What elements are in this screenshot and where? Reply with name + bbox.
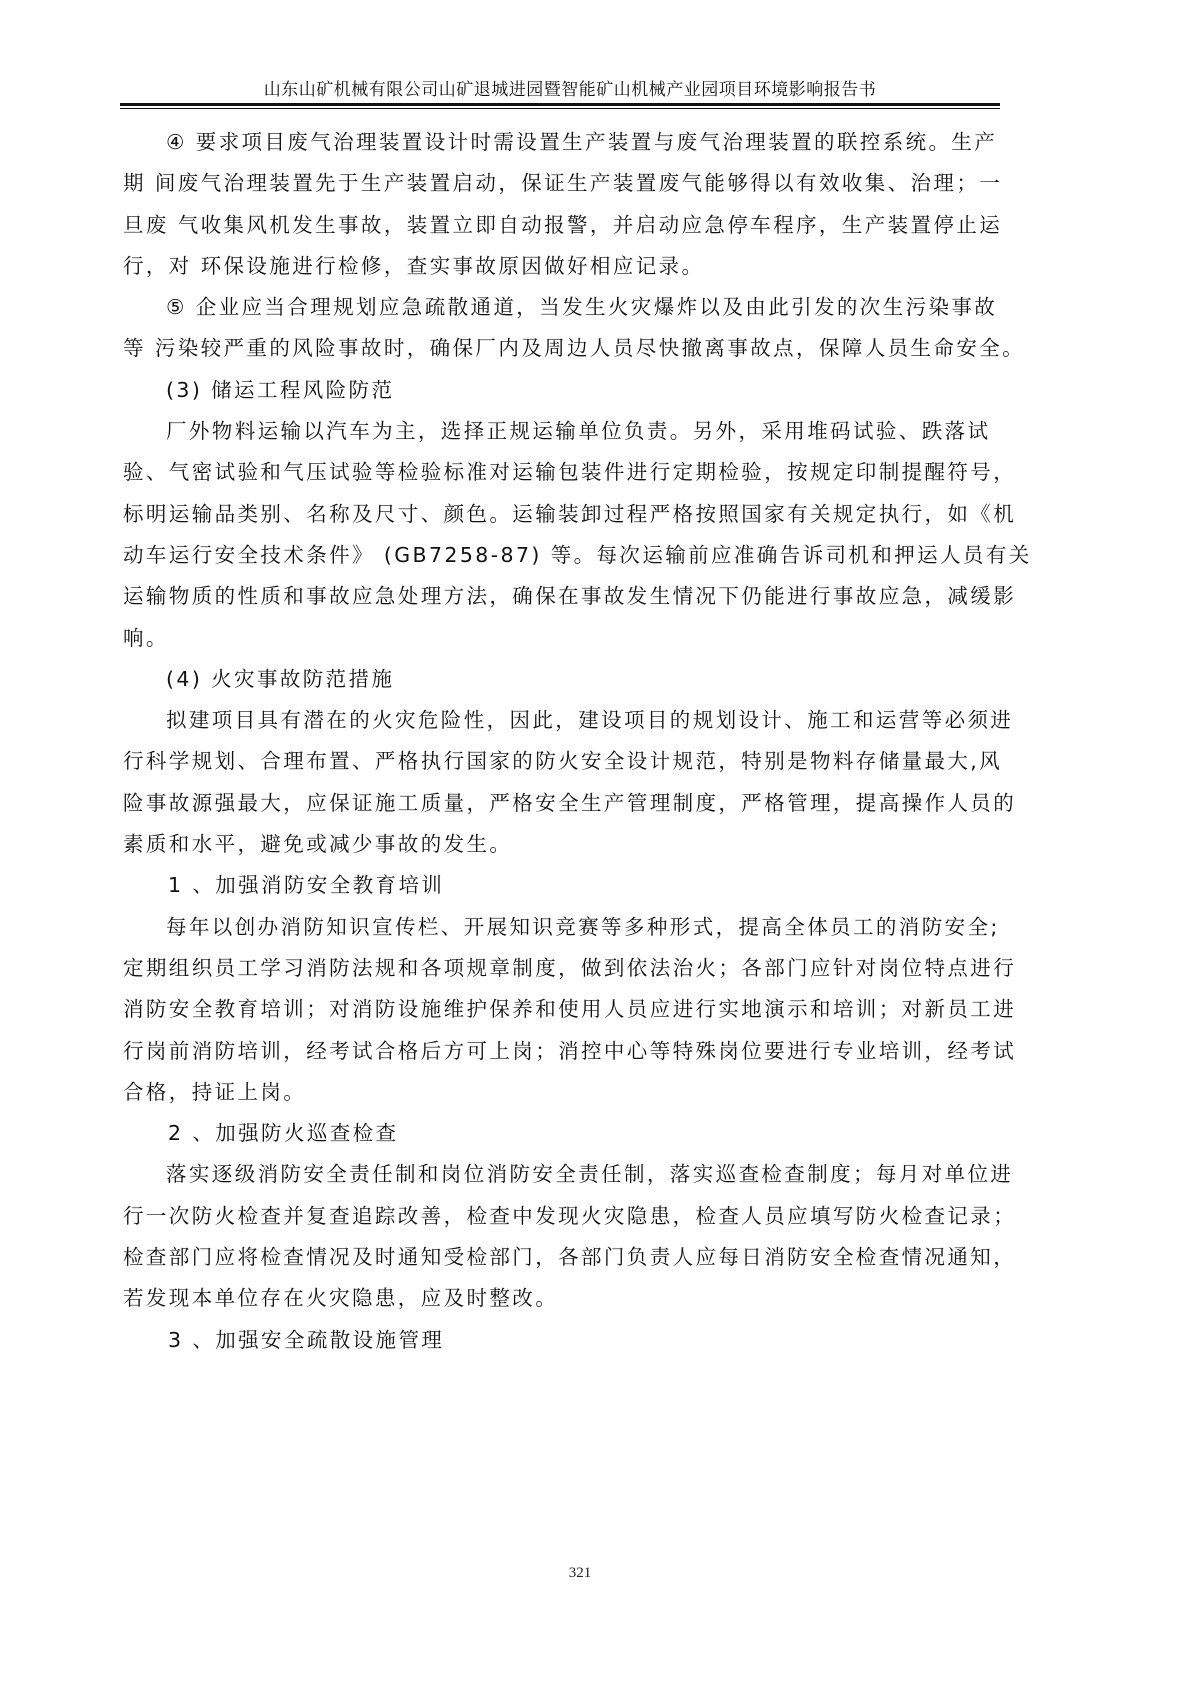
paragraph-line: 消防安全教育培训；对消防设施维护保养和使用人员应进行实地演示和培训；对新员工进 bbox=[123, 989, 993, 1030]
paragraph-line: 落实逐级消防安全责任制和岗位消防安全责任制，落实巡查检查制度；每月对单位进 bbox=[123, 1154, 993, 1195]
paragraph-line: 拟建项目具有潜在的火灾危险性，因此，建设项目的规划设计、施工和运营等必须进 bbox=[123, 700, 993, 741]
paragraph-line: 若发现本单位存在火灾隐患，应及时整改。 bbox=[123, 1278, 993, 1319]
paragraph-line: 定期组织员工学习消防法规和各项规章制度，做到依法治火；各部门应针对岗位特点进行 bbox=[123, 948, 993, 989]
paragraph-line: 等 污染较严重的风险事故时，确保厂内及周边人员尽快撤离事故点，保障人员生命安全。 bbox=[123, 328, 993, 369]
subsection-heading: 2 、加强防火巡查检查 bbox=[123, 1113, 993, 1154]
paragraph-line: 险事故源强最大，应保证施工质量，严格安全生产管理制度，严格管理，提高操作人员的 bbox=[123, 783, 993, 824]
paragraph-line: 响。 bbox=[123, 618, 993, 659]
paragraph-line: 行一次防火检查并复查追踪改善，检查中发现火灾隐患，检查人员应填写防火检查记录； bbox=[123, 1196, 993, 1237]
page-footer: 321 bbox=[0, 1562, 1190, 1582]
subsection-heading: 3 、加强安全疏散设施管理 bbox=[123, 1320, 993, 1361]
paragraph-line: ⑤ 企业应当合理规划应急疏散通道，当发生火灾爆炸以及由此引发的次生污染事故 bbox=[123, 287, 993, 328]
paragraph-line: 素质和水平，避免或减少事故的发生。 bbox=[123, 824, 993, 865]
paragraph-line: 期 间废气治理装置先于生产装置启动，保证生产装置废气能够得以有效收集、治理；一 bbox=[123, 163, 993, 204]
paragraph-line: 检查部门应将检查情况及时通知受检部门，各部门负责人应每日消防安全检查情况通知， bbox=[123, 1237, 993, 1278]
report-title: 山东山矿机械有限公司山矿退城进园暨智能矿山机械产业园项目环境影响报告书 bbox=[120, 80, 1000, 100]
paragraph-line: 每年以创办消防知识宣传栏、开展知识竞赛等多种形式，提高全体员工的消防安全; bbox=[123, 907, 993, 948]
subsection-heading: 1 、加强消防安全教育培训 bbox=[123, 865, 993, 906]
section-heading: (4) 火灾事故防范措施 bbox=[123, 659, 993, 700]
page-header: 山东山矿机械有限公司山矿退城进园暨智能矿山机械产业园项目环境影响报告书 bbox=[120, 80, 1000, 109]
paragraph-line: 旦废 气收集风机发生事故，装置立即自动报警，并启动应急停车程序，生产装置停止运 bbox=[123, 205, 993, 246]
paragraph-line: 运输物质的性质和事故应急处理方法，确保在事故发生情况下仍能进行事故应急，减缓影 bbox=[123, 576, 993, 617]
paragraph-line: 标明运输品类别、名称及尺寸、颜色。运输装卸过程严格按照国家有关规定执行，如《机 bbox=[123, 494, 993, 535]
section-heading: (3) 储运工程风险防范 bbox=[123, 370, 993, 411]
page-body: ④ 要求项目废气治理装置设计时需设置生产装置与废气治理装置的联控系统。生产 期 … bbox=[123, 122, 993, 1361]
paragraph-line: 合格，持证上岗。 bbox=[123, 1072, 993, 1113]
paragraph-line: 行，对 环保设施进行检修，查实事故原因做好相应记录。 bbox=[123, 246, 993, 287]
page-number: 321 bbox=[569, 1565, 592, 1581]
header-rule-thin bbox=[120, 108, 1000, 109]
paragraph-line: ④ 要求项目废气治理装置设计时需设置生产装置与废气治理装置的联控系统。生产 bbox=[123, 122, 993, 163]
paragraph-line: 动车运行安全技术条件》 (GB7258-87) 等。每次运输前应准确告诉司机和押… bbox=[123, 535, 993, 576]
document-page: 山东山矿机械有限公司山矿退城进园暨智能矿山机械产业园项目环境影响报告书 ④ 要求… bbox=[0, 0, 1190, 1683]
paragraph-line: 行科学规划、合理布置、严格执行国家的防火安全设计规范，特别是物料存储量最大,风 bbox=[123, 741, 993, 782]
paragraph-line: 厂外物料运输以汽车为主，选择正规运输单位负责。另外，采用堆码试验、跌落试 bbox=[123, 411, 993, 452]
paragraph-line: 行岗前消防培训，经考试合格后方可上岗；消控中心等特殊岗位要进行专业培训，经考试 bbox=[123, 1031, 993, 1072]
header-rule-thick bbox=[120, 103, 1000, 106]
paragraph-line: 验、气密试验和气压试验等检验标准对运输包装件进行定期检验，按规定印制提醒符号， bbox=[123, 452, 993, 493]
